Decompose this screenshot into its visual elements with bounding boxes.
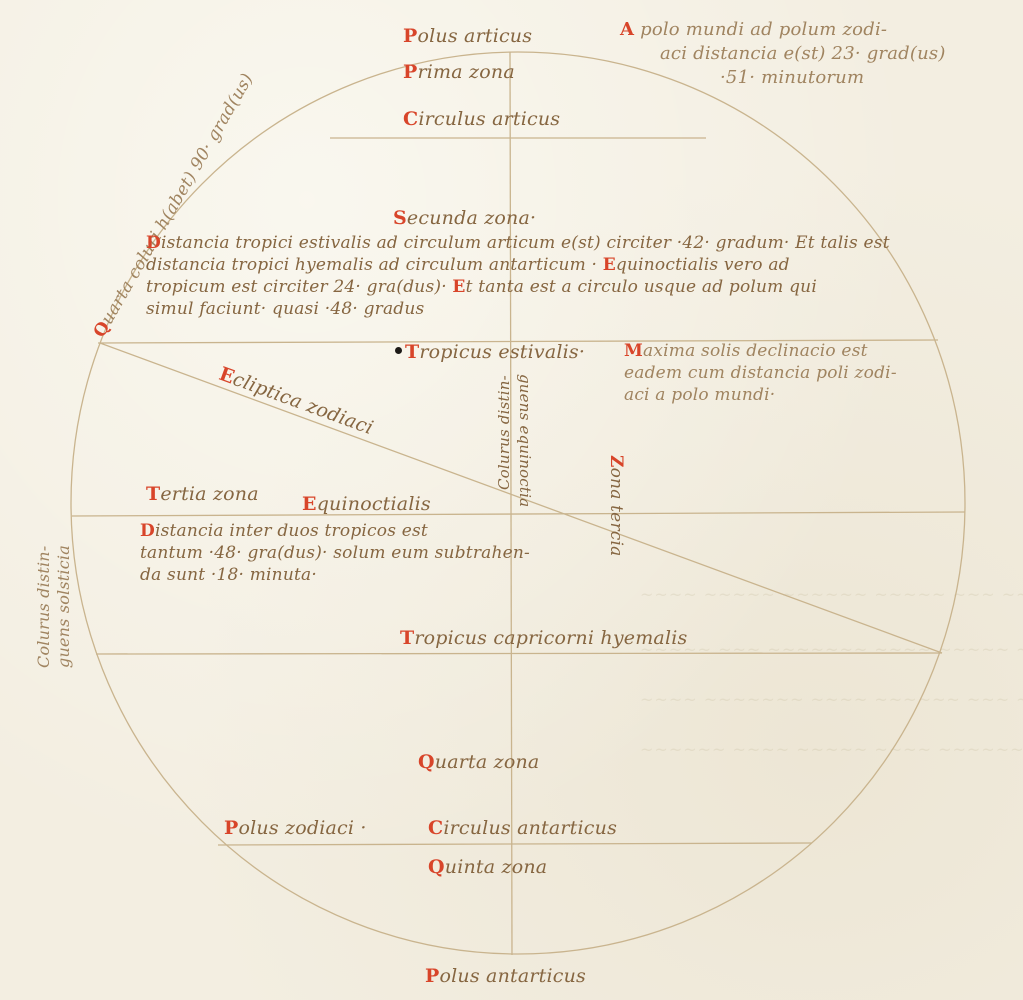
rubric-initial: D (146, 233, 161, 253)
label-secunda-zona: Secunda zona· (393, 206, 536, 230)
rubric-initial: T (405, 341, 419, 363)
rubric-initial: P (425, 965, 440, 987)
rubric-initial: Q (418, 751, 435, 773)
rubric-initial: M (624, 341, 643, 361)
rubric-initial: D (140, 521, 155, 541)
rubric-initial: Z (606, 455, 626, 468)
label-zona-tercia: Zona tercia (604, 455, 628, 556)
rubric-initial: E (603, 255, 616, 275)
label-tertia-zona: Tertia zona (146, 482, 259, 506)
label-quarta-zona: Quarta zona (418, 750, 539, 774)
label-colurus-vertical-b: guens equinoctia (513, 374, 537, 507)
rubric-initial: T (400, 627, 414, 649)
label-polus-arcticus: Polus articus (403, 24, 532, 48)
rubric-initial: E (452, 277, 465, 297)
rubric-initial: P (403, 25, 418, 47)
rubric-initial: T (146, 483, 160, 505)
label-circulus-antarcticus: Circulus antarticus (428, 816, 617, 840)
label-tropicus-estivalis: Tropicus estivalis· (405, 340, 585, 364)
rubric-initial: P (403, 61, 418, 83)
note-tertia-zona: Distancia inter duos tropicos est tantum… (140, 520, 530, 586)
label-polus-antarcticus: Polus antarticus (425, 964, 586, 988)
antarctic-circle-line (218, 843, 812, 845)
rubric-initial: A (620, 19, 634, 40)
rubric-initial: E (302, 493, 317, 515)
note-secunda-zona: Distancia tropici estivalis ad circulum … (146, 232, 890, 320)
rubric-initial: Q (428, 856, 445, 878)
parchment-page: ~~~~ ~~~~~ ~~~~~~ ~~~~~ ~~~ ~~~~~~ ~~~~~… (0, 0, 1023, 1000)
note-polar-distance: A polo mundi ad polum zodi- aci distanci… (620, 18, 946, 90)
note-maxima-declinatio: Maxima solis declinacio est eadem cum di… (624, 340, 897, 406)
label-circulus-arcticus: Circulus articus (403, 107, 560, 131)
rubric-initial: C (403, 108, 418, 130)
label-polus-zodiaci: Polus zodiaci · (224, 816, 367, 840)
label-equinoctialis: Equinoctialis (302, 492, 431, 516)
label-tropicus-capricorni: Tropicus capricorni hyemalis (400, 626, 687, 650)
label-colurus-solsticia-b: guens solsticia (52, 545, 76, 668)
marker-dot (395, 347, 402, 354)
rubric-initial: P (224, 817, 239, 839)
label-quinta-zona: Quinta zona (428, 855, 547, 879)
rubric-initial: C (428, 817, 443, 839)
equator-line (72, 512, 965, 516)
label-prima-zona: Prima zona (403, 60, 515, 84)
rubric-initial: S (393, 207, 407, 229)
tropic-of-capricorn-line (96, 653, 942, 654)
